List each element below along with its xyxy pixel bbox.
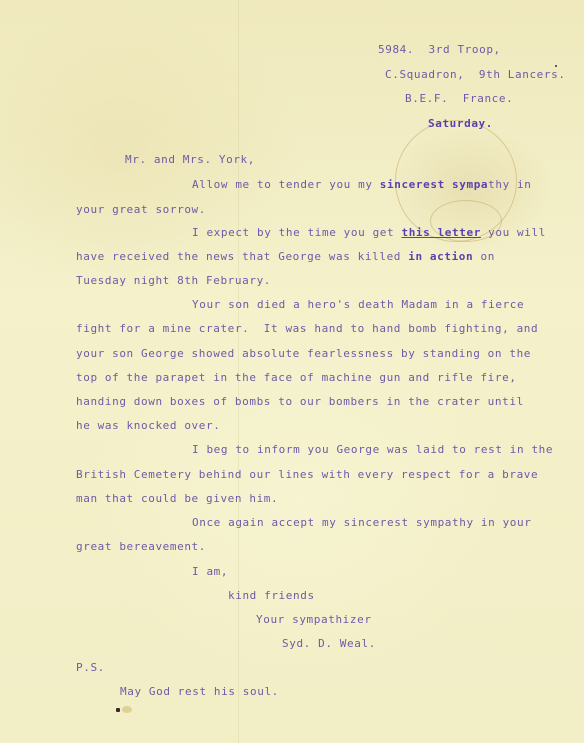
body-text-bold: in action	[408, 250, 473, 263]
body-line: fight for a mine crater. It was hand to …	[76, 322, 538, 336]
postscript-label: P.S.	[76, 661, 105, 675]
address-line-3: B.E.F. France.	[405, 92, 513, 106]
body-text: you will	[481, 226, 546, 239]
body-text: on	[473, 250, 495, 263]
address-date: Saturday.	[428, 117, 493, 131]
body-text-bold: this letter	[401, 226, 480, 239]
body-line: great bereavement.	[76, 540, 206, 554]
body-text: Allow me to tender you my	[192, 178, 380, 191]
closing-line: Your sympathizer	[256, 613, 372, 627]
body-line: Tuesday night 8th February.	[76, 274, 271, 288]
body-line: I beg to inform you George was laid to r…	[192, 443, 553, 457]
letter-page: 5984. 3rd Troop, C.Squadron, 9th Lancers…	[0, 0, 584, 743]
ink-dot	[116, 708, 120, 712]
closing-line: I am,	[192, 565, 228, 579]
body-text: thy in	[488, 178, 531, 191]
body-line: top of the parapet in the face of machin…	[76, 371, 517, 385]
body-line: your son George showed absolute fearless…	[76, 347, 531, 361]
body-line: Allow me to tender you my sincerest symp…	[192, 178, 531, 192]
body-text: have received the news that George was k…	[76, 250, 408, 263]
body-line: I expect by the time you get this letter…	[192, 226, 546, 240]
body-line: handing down boxes of bombs to our bombe…	[76, 395, 524, 409]
stain-spot	[122, 706, 132, 713]
ink-dot	[555, 65, 557, 67]
signature: Syd. D. Weal.	[282, 637, 376, 651]
salutation: Mr. and Mrs. York,	[125, 153, 255, 167]
closing-line: kind friends	[228, 589, 315, 603]
body-text-bold: sincerest sympa	[380, 178, 488, 191]
body-line: Once again accept my sincerest sympathy …	[192, 516, 531, 530]
body-line: man that could be given him.	[76, 492, 278, 506]
body-line: have received the news that George was k…	[76, 250, 495, 264]
postscript-text: May God rest his soul.	[120, 685, 279, 699]
body-line: your great sorrow.	[76, 203, 206, 217]
body-line: British Cemetery behind our lines with e…	[76, 468, 538, 482]
address-line-2: C.Squadron, 9th Lancers.	[385, 68, 566, 82]
body-line: Your son died a hero's death Madam in a …	[192, 298, 524, 312]
address-line-1: 5984. 3rd Troop,	[378, 43, 501, 57]
body-text: I expect by the time you get	[192, 226, 401, 239]
body-line: he was knocked over.	[76, 419, 220, 433]
